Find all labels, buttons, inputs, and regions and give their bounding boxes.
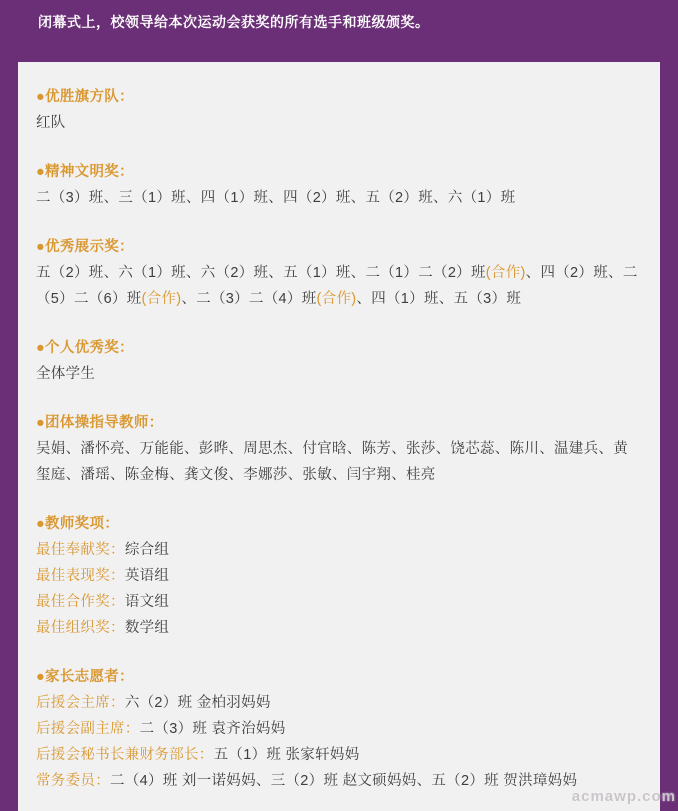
section-line: 二（3）班、三（1）班、四（1）班、四（2）班、五（2）班、六（1）班 bbox=[36, 185, 642, 211]
award-section: ●团体操指导教师：吴娟、潘怀亮、万能能、彭晔、周思杰、付官晗、陈芳、张莎、饶芯蕊… bbox=[36, 410, 642, 488]
section-line: 全体学生 bbox=[36, 361, 642, 387]
award-section: ●优秀展示奖：五（2）班、六（1）班、六（2）班、五（1）班、二（1）二（2）班… bbox=[36, 234, 642, 312]
text-segment: 吴娟、潘怀亮、万能能、彭晔、周思杰、付官晗、陈芳、张莎、饶芯蕊、陈川、温建兵、黄… bbox=[36, 441, 628, 483]
accent-text-segment: 最佳组织奖： bbox=[36, 620, 125, 636]
section-line: 最佳奉献奖：综合组 bbox=[36, 537, 642, 563]
text-segment: 全体学生 bbox=[36, 366, 95, 382]
accent-text-segment: 常务委员： bbox=[36, 773, 110, 789]
section-heading: ●精神文明奖： bbox=[36, 159, 642, 185]
award-section: ●家长志愿者：后援会主席：六（2）班 金柏羽妈妈后援会副主席：二（3）班 袁齐治… bbox=[36, 664, 642, 794]
text-segment: 综合组 bbox=[125, 542, 169, 558]
section-line: 后援会秘书长兼财务部长：五（1）班 张家轩妈妈 bbox=[36, 742, 642, 768]
section-heading: ●优秀展示奖： bbox=[36, 234, 642, 260]
section-line: 最佳组织奖：数学组 bbox=[36, 615, 642, 641]
text-segment: 五（1）班 张家轩妈妈 bbox=[214, 747, 360, 763]
award-section: ●教师奖项：最佳奉献奖：综合组最佳表现奖：英语组最佳合作奖：语文组最佳组织奖：数… bbox=[36, 511, 642, 641]
section-heading: ●优胜旗方队： bbox=[36, 84, 642, 110]
text-segment: 六（2）班 金柏羽妈妈 bbox=[125, 695, 271, 711]
section-heading: ●个人优秀奖： bbox=[36, 335, 642, 361]
section-heading: ●教师奖项： bbox=[36, 511, 642, 537]
section-line: 红队 bbox=[36, 110, 642, 136]
text-segment: 二（3）班 袁齐治妈妈 bbox=[140, 721, 286, 737]
section-line: 最佳表现奖：英语组 bbox=[36, 563, 642, 589]
section-heading: ●家长志愿者： bbox=[36, 664, 642, 690]
accent-text-segment: (合作) bbox=[142, 291, 182, 307]
watermark: acmawp.com bbox=[572, 788, 676, 805]
page: { "page": { "intro": "闭幕式上，校领导给本次运动会获奖的所… bbox=[0, 0, 678, 811]
award-section: ●优胜旗方队：红队 bbox=[36, 84, 642, 136]
accent-text-segment: 后援会主席： bbox=[36, 695, 125, 711]
award-section: ●个人优秀奖：全体学生 bbox=[36, 335, 642, 387]
text-segment: 、四（1）班、五（3）班 bbox=[356, 291, 521, 307]
section-line: 吴娟、潘怀亮、万能能、彭晔、周思杰、付官晗、陈芳、张莎、饶芯蕊、陈川、温建兵、黄… bbox=[36, 436, 642, 488]
text-segment: 二（4）班 刘一诺妈妈、三（2）班 赵文硕妈妈、五（2）班 贺洪璋妈妈 bbox=[110, 773, 577, 789]
section-line: 最佳合作奖：语文组 bbox=[36, 589, 642, 615]
accent-text-segment: 最佳奉献奖： bbox=[36, 542, 125, 558]
content-card: ●优胜旗方队：红队●精神文明奖：二（3）班、三（1）班、四（1）班、四（2）班、… bbox=[18, 62, 660, 811]
section-line: 常务委员：二（4）班 刘一诺妈妈、三（2）班 赵文硕妈妈、五（2）班 贺洪璋妈妈 bbox=[36, 768, 642, 794]
section-heading: ●团体操指导教师： bbox=[36, 410, 642, 436]
accent-text-segment: (合作) bbox=[486, 265, 526, 281]
section-line: 五（2）班、六（1）班、六（2）班、五（1）班、二（1）二（2）班(合作)、四（… bbox=[36, 260, 642, 312]
accent-text-segment: (合作) bbox=[317, 291, 357, 307]
accent-text-segment: 最佳合作奖： bbox=[36, 594, 125, 610]
text-segment: 五（2）班、六（1）班、六（2）班、五（1）班、二（1）二（2）班 bbox=[36, 265, 486, 281]
accent-text-segment: 最佳表现奖： bbox=[36, 568, 125, 584]
accent-text-segment: 后援会副主席： bbox=[36, 721, 140, 737]
intro-text: 闭幕式上，校领导给本次运动会获奖的所有选手和班级颁奖。 bbox=[0, 0, 678, 32]
award-sections: ●优胜旗方队：红队●精神文明奖：二（3）班、三（1）班、四（1）班、四（2）班、… bbox=[36, 84, 642, 794]
award-section: ●精神文明奖：二（3）班、三（1）班、四（1）班、四（2）班、五（2）班、六（1… bbox=[36, 159, 642, 211]
section-line: 后援会副主席：二（3）班 袁齐治妈妈 bbox=[36, 716, 642, 742]
text-segment: 、二（3）二（4）班 bbox=[181, 291, 316, 307]
text-segment: 英语组 bbox=[125, 568, 169, 584]
text-segment: 语文组 bbox=[125, 594, 169, 610]
accent-text-segment: 后援会秘书长兼财务部长： bbox=[36, 747, 214, 763]
text-segment: 二（3）班、三（1）班、四（1）班、四（2）班、五（2）班、六（1）班 bbox=[36, 190, 515, 206]
text-segment: 数学组 bbox=[125, 620, 169, 636]
text-segment: 红队 bbox=[36, 115, 66, 131]
section-line: 后援会主席：六（2）班 金柏羽妈妈 bbox=[36, 690, 642, 716]
